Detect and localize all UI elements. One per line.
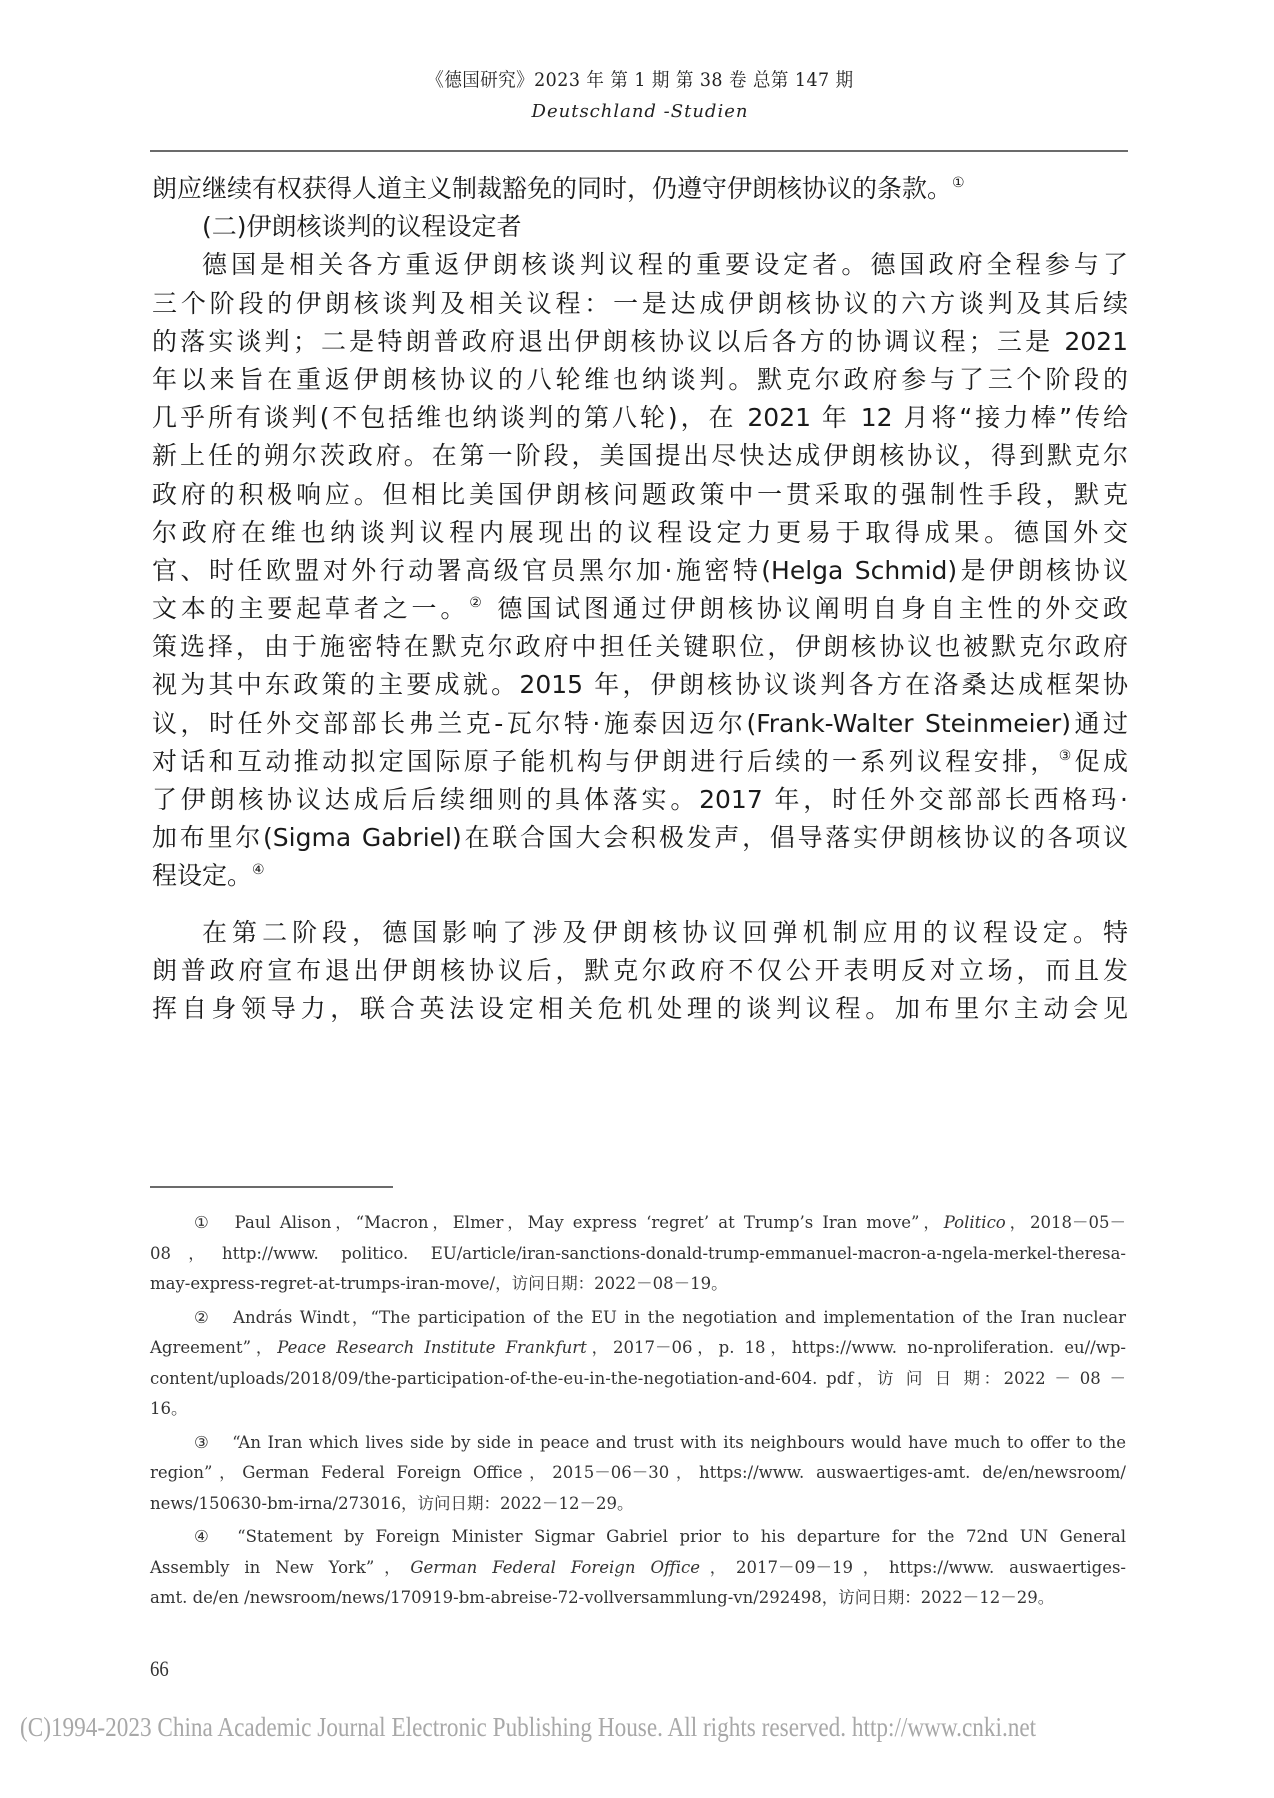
- footnote-line: may-express-regret-at-trumps-iran-move/，…: [150, 1269, 1126, 1300]
- footnote-item: ③“An Iran which lives side by side in pe…: [150, 1428, 1126, 1520]
- body-line: 在第二阶段，德国影响了涉及伊朗核协议回弹机制应用的议程设定。特: [152, 914, 1128, 952]
- footnotes: ①Paul Alison，“Macron，Elmer，May express ‘…: [150, 1208, 1126, 1617]
- footnote-text: ，2018－05－: [1006, 1213, 1126, 1232]
- header-divider: [150, 150, 1128, 152]
- footnote-line: ④“Statement by Foreign Minister Sigmar G…: [150, 1522, 1126, 1553]
- footnote-item: ②András Windt，“The participation of the …: [150, 1303, 1126, 1425]
- footnote-text: content/uploads/2018/09/the-participatio…: [150, 1369, 1126, 1388]
- footnote-line: news/150630-bm-irna/273016，访问日期：2022－12－…: [150, 1489, 1126, 1520]
- footnote-number: ②: [194, 1308, 211, 1327]
- footnote-text: “Statement by Foreign Minister Sigmar Ga…: [237, 1527, 1126, 1546]
- footnote-line: 08，http://www. politico. EU/article/iran…: [150, 1239, 1126, 1270]
- footnote-text: Paul Alison，“Macron，Elmer，May express ‘r…: [235, 1213, 944, 1232]
- body-line: 年以来旨在重返伊朗核协议的八轮维也纳谈判。默克尔政府参与了三个阶段的: [152, 361, 1128, 399]
- footnote-text: Assembly in New York”，: [150, 1558, 410, 1577]
- body-line: 对话和互动推动拟定国际原子能机构与伊朗进行后续的一系列议程安排，③促成: [152, 743, 1128, 781]
- footnote-number: ①: [194, 1213, 213, 1232]
- footnote-text: German Federal Foreign Office: [410, 1558, 700, 1577]
- body-line: 议，时任外交部部长弗兰克-瓦尔特·施泰因迈尔(Frank-Walter Stei…: [152, 705, 1128, 743]
- body-line: 视为其中东政策的主要成就。2015 年，伊朗核协议谈判各方在洛桑达成框架协: [152, 666, 1128, 704]
- footnote-ref[interactable]: ①: [952, 175, 965, 191]
- body-line: 官、时任欧盟对外行动署高级官员黑尔加·施密特(Helga Schmid)是伊朗核…: [152, 552, 1128, 590]
- body-line: 尔政府在维也纳谈判议程内展现出的议程设定力更易于取得成果。德国外交: [152, 514, 1128, 552]
- body-line: 几乎所有谈判(不包括维也纳谈判的第八轮)，在 2021 年 12 月将“接力棒”…: [152, 399, 1128, 437]
- footnote-line: ②András Windt，“The participation of the …: [150, 1303, 1126, 1334]
- journal-subtitle: Deutschland -Studien: [150, 94, 1130, 130]
- footnote-url[interactable]: region”，German Federal Foreign Office，20…: [150, 1463, 1126, 1482]
- footnote-divider: [150, 1186, 393, 1188]
- footnote-line: 16。: [150, 1394, 1126, 1425]
- section-heading: (二)伊朗核谈判的议程设定者: [152, 208, 1128, 246]
- body-line: 政府的积极响应。但相比美国伊朗核问题政策中一贯采取的强制性手段，默克: [152, 476, 1128, 514]
- footnote-text: 16。: [150, 1399, 188, 1418]
- body-line: 朗应继续有权获得人道主义制裁豁免的同时，仍遵守伊朗核协议的条款。①: [152, 170, 1128, 208]
- body-line: 加布里尔(Sigma Gabriel)在联合国大会积极发声，倡导落实伊朗核协议的…: [152, 819, 1128, 857]
- body-line: 新上任的朔尔茨政府。在第一阶段，美国提出尽快达成伊朗核协议，得到默克尔: [152, 437, 1128, 475]
- body-line: 程设定。④: [152, 857, 1128, 895]
- footnote-text: amt. de/en /newsroom/news/170919-bm-abre…: [150, 1588, 1054, 1607]
- paragraph-gap: [152, 896, 1128, 914]
- page-number: 66: [150, 1656, 169, 1682]
- footnote-line: ①Paul Alison，“Macron，Elmer，May express ‘…: [150, 1208, 1126, 1239]
- footnote-line: ③“An Iran which lives side by side in pe…: [150, 1428, 1126, 1459]
- footnote-ref[interactable]: ②: [469, 595, 485, 611]
- footnote-line: amt. de/en /newsroom/news/170919-bm-abre…: [150, 1583, 1126, 1614]
- footnote-text: Agreement”，: [150, 1338, 277, 1357]
- footnote-ref[interactable]: ④: [252, 862, 265, 878]
- footnote-url[interactable]: 08，http://www. politico. EU/article/iran…: [150, 1244, 1126, 1263]
- body-line: 德国是相关各方重返伊朗核谈判议程的重要设定者。德国政府全程参与了: [152, 246, 1128, 284]
- body-line: 了伊朗核协议达成后后续细则的具体落实。2017 年，时任外交部部长西格玛·: [152, 781, 1128, 819]
- article-body: 朗应继续有权获得人道主义制裁豁免的同时，仍遵守伊朗核协议的条款。①(二)伊朗核谈…: [152, 170, 1128, 1028]
- footnote-ref[interactable]: ③: [1059, 748, 1075, 764]
- footnote-url[interactable]: ，2017－06，p. 18，https://www. no-nprolifer…: [587, 1338, 1126, 1357]
- footnote-number: ③: [194, 1433, 210, 1452]
- footnote-number: ④: [194, 1527, 215, 1546]
- footnote-text: Politico: [944, 1213, 1006, 1232]
- footnote-text: news/150630-bm-irna/273016，访问日期：2022－12－…: [150, 1494, 634, 1513]
- running-header: 《德国研究》2023 年 第 1 期 第 38 卷 总第 147 期 Deuts…: [150, 66, 1130, 130]
- footnote-text: András Windt，“The participation of the E…: [233, 1308, 1126, 1327]
- journal-issue-line: 《德国研究》2023 年 第 1 期 第 38 卷 总第 147 期: [189, 66, 1091, 94]
- body-line: 挥自身领导力，联合英法设定相关危机处理的谈判议程。加布里尔主动会见: [152, 990, 1128, 1028]
- body-line: 策选择，由于施密特在默克尔政府中担任关键职位，伊朗核协议也被默克尔政府: [152, 628, 1128, 666]
- copyright-watermark: (C)1994-2023 China Academic Journal Elec…: [20, 1712, 1036, 1743]
- footnote-text: Peace Research Institute Frankfurt: [277, 1338, 587, 1357]
- body-line: 三个阶段的伊朗核谈判及相关议程：一是达成伊朗核协议的六方谈判及其后续: [152, 285, 1128, 323]
- footnote-line: Assembly in New York”，German Federal For…: [150, 1553, 1126, 1584]
- body-line: 文本的主要起草者之一。② 德国试图通过伊朗核协议阐明自身自主性的外交政: [152, 590, 1128, 628]
- footnote-item: ④“Statement by Foreign Minister Sigmar G…: [150, 1522, 1126, 1614]
- footnote-line: Agreement”，Peace Research Institute Fran…: [150, 1333, 1126, 1364]
- body-line: 朗普政府宣布退出伊朗核协议后，默克尔政府不仅公开表明反对立场，而且发: [152, 952, 1128, 990]
- body-line: 的落实谈判；二是特朗普政府退出伊朗核协议以后各方的协调议程；三是 2021: [152, 323, 1128, 361]
- footnote-line: content/uploads/2018/09/the-participatio…: [150, 1364, 1126, 1395]
- footnote-line: region”，German Federal Foreign Office，20…: [150, 1458, 1126, 1489]
- footnote-item: ①Paul Alison，“Macron，Elmer，May express ‘…: [150, 1208, 1126, 1300]
- footnote-text: “An Iran which lives side by side in pea…: [232, 1433, 1126, 1452]
- footnote-url[interactable]: ，2017－09－19，https://www. auswaertiges-: [700, 1558, 1126, 1577]
- footnote-text: may-express-regret-at-trumps-iran-move/，…: [150, 1274, 728, 1293]
